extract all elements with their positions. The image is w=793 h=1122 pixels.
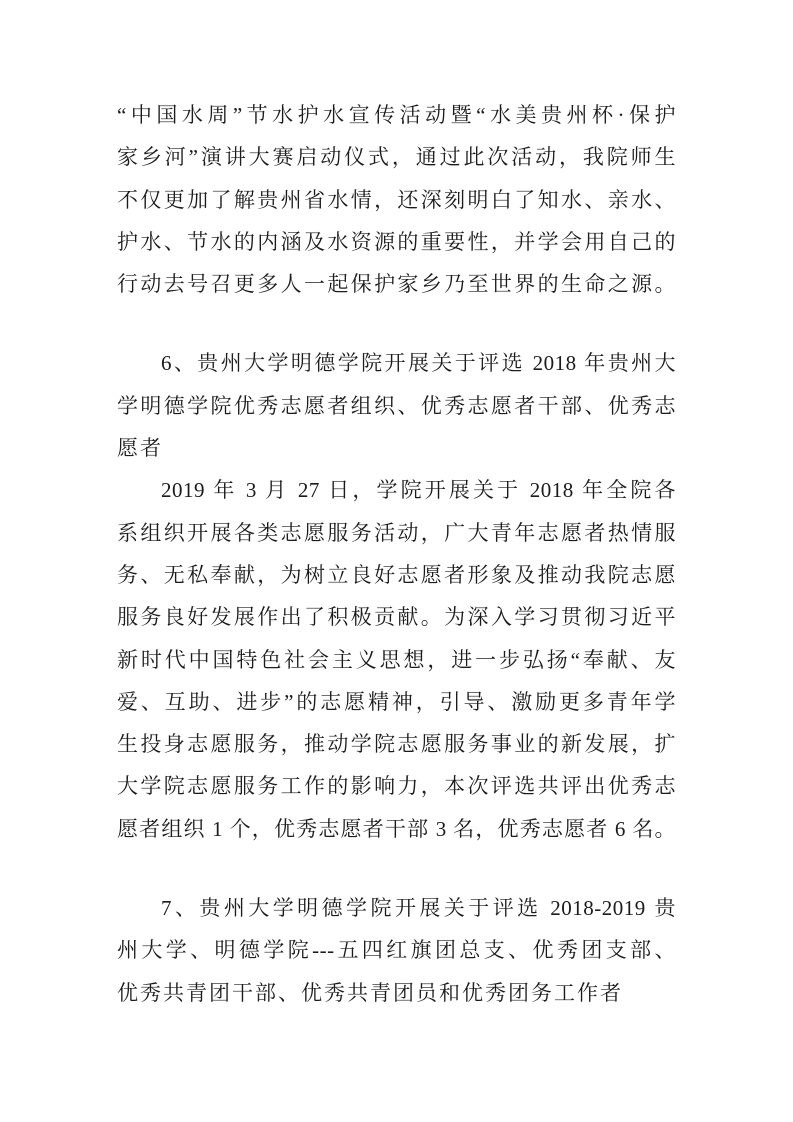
text-line: 生投身志愿服务，推动学院志愿服务事业的新发展，扩 — [117, 723, 676, 765]
text-line: 新时代中国特色社会主义思想，进一步弘扬“奉献、友 — [117, 639, 676, 681]
text-line: 不仅更加了解贵州省水情，还深刻明白了知水、亲水、 — [117, 179, 676, 221]
text-line: 6、贵州大学明德学院开展关于评选 2018 年贵州大 — [117, 342, 676, 384]
section-6-heading: 6、贵州大学明德学院开展关于评选 2018 年贵州大学明德学院优秀志愿者组织、优… — [117, 342, 676, 469]
blank-line-1 — [117, 305, 676, 342]
blank-line-2 — [117, 850, 676, 887]
text-line: 愿者 — [117, 427, 676, 469]
text-line: 服务良好发展作出了积极贡献。为深入学习贯彻习近平 — [117, 596, 676, 638]
section-7-heading: 7、贵州大学明德学院开展关于评选 2018-2019 贵州大学、明德学院---五… — [117, 887, 676, 1014]
text-line: 系组织开展各类志愿服务活动，广大青年志愿者热情服 — [117, 512, 676, 554]
text-line: 愿者组织 1 个，优秀志愿者干部 3 名，优秀志愿者 6 名。 — [117, 808, 676, 850]
text-line: 学明德学院优秀志愿者组织、优秀志愿者干部、优秀志 — [117, 385, 676, 427]
text-line: 护水、节水的内涵及水资源的重要性，并学会用自己的 — [117, 221, 676, 263]
text-line: “中国水周”节水护水宣传活动暨“水美贵州杯·保护 — [117, 94, 676, 136]
text-line: 7、贵州大学明德学院开展关于评选 2018-2019 贵 — [117, 887, 676, 929]
document-content: “中国水周”节水护水宣传活动暨“水美贵州杯·保护家乡河”演讲大赛启动仪式，通过此… — [117, 94, 676, 1014]
text-line: 家乡河”演讲大赛启动仪式，通过此次活动，我院师生 — [117, 136, 676, 178]
text-line: 行动去号召更多人一起保护家乡乃至世界的生命之源。 — [117, 263, 676, 305]
text-line: 州大学、明德学院---五四红旗团总支、优秀团支部、 — [117, 929, 676, 971]
text-line: 大学院志愿服务工作的影响力，本次评选共评出优秀志 — [117, 765, 676, 807]
paragraph-water-week-continuation: “中国水周”节水护水宣传活动暨“水美贵州杯·保护家乡河”演讲大赛启动仪式，通过此… — [117, 94, 676, 305]
text-line: 2019 年 3 月 27 日，学院开展关于 2018 年全院各 — [117, 469, 676, 511]
text-line: 爱、互助、进步”的志愿精神，引导、激励更多青年学 — [117, 681, 676, 723]
section-6-paragraph: 2019 年 3 月 27 日，学院开展关于 2018 年全院各系组织开展各类志… — [117, 469, 676, 850]
text-line: 务、无私奉献，为树立良好志愿者形象及推动我院志愿 — [117, 554, 676, 596]
document-page: “中国水周”节水护水宣传活动暨“水美贵州杯·保护家乡河”演讲大赛启动仪式，通过此… — [0, 0, 793, 1122]
text-line: 优秀共青团干部、优秀共青团员和优秀团务工作者 — [117, 972, 676, 1014]
